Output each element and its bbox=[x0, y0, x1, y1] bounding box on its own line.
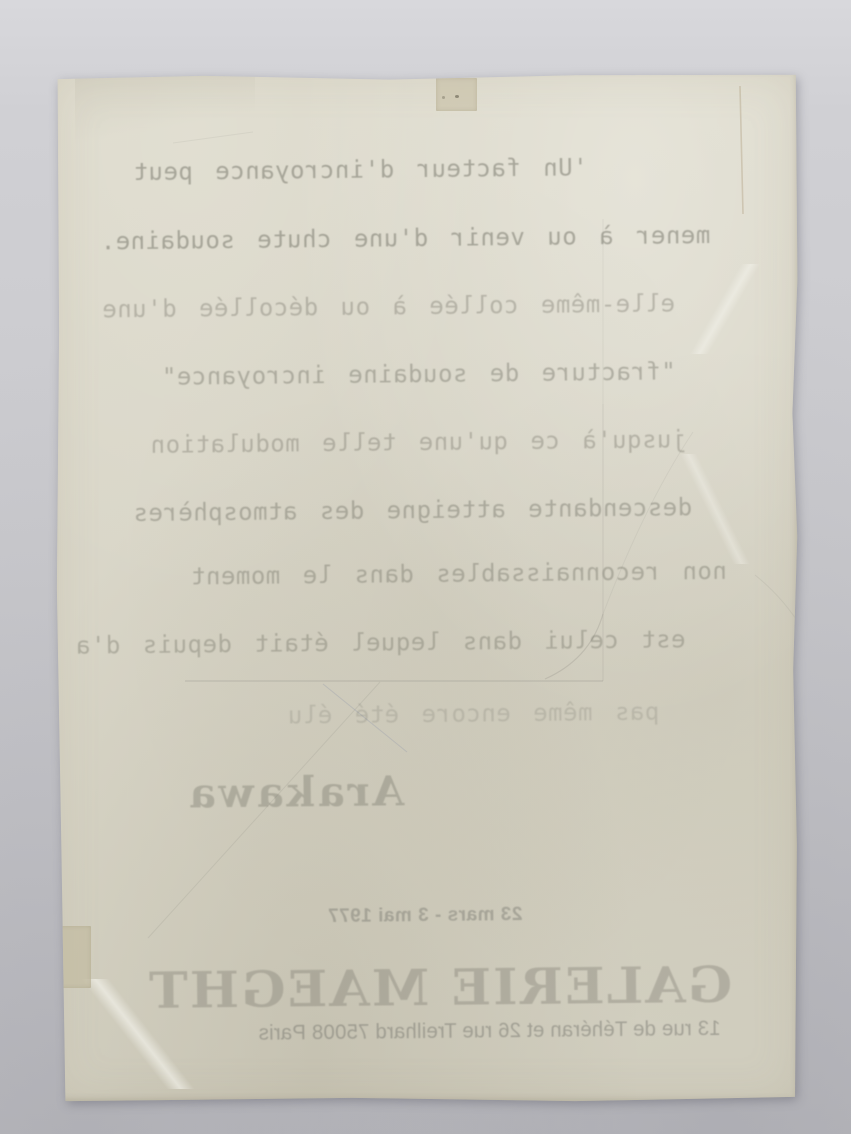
typewritten-line: est celui dans lequel était depuis d'a bbox=[75, 625, 685, 659]
typewritten-line: 'Un facteur d'incroyance peut bbox=[133, 153, 588, 186]
poster-back-paper: 'Un facteur d'incroyance peut mener à ou… bbox=[55, 74, 798, 1102]
typewritten-line: non reconnaissables dans le moment bbox=[190, 557, 727, 591]
exhibition-dates: 23 mars - 3 mai 1977 bbox=[327, 904, 522, 928]
artist-name: Arakawa bbox=[186, 767, 404, 817]
typewritten-line: elle-même collée à ou décollée d'une bbox=[102, 289, 675, 323]
typewritten-line: jusqu'à ce qu'une telle modulation bbox=[150, 425, 687, 459]
gallery-address: 13 rue de Téhéran et 26 rue Treilhard 75… bbox=[258, 1017, 720, 1046]
paper-wrapper: 'Un facteur d'incroyance peut mener à ou… bbox=[55, 74, 798, 1102]
mirrored-show-through-text: 'Un facteur d'incroyance peut mener à ou… bbox=[50, 70, 804, 1106]
typewritten-line: pas même encore été élu bbox=[287, 698, 659, 730]
typewritten-line: mener à ou venir d'une chute soudaine. bbox=[100, 221, 710, 255]
photo-of-poster-back: 'Un facteur d'incroyance peut mener à ou… bbox=[0, 0, 851, 1134]
typewritten-line: descendante atteigne des atmosphères bbox=[133, 493, 692, 527]
gallery-name: GALERIE MAEGHT bbox=[147, 955, 733, 1020]
typewritten-line: "fracture de soudaine incroyance" bbox=[161, 357, 676, 390]
